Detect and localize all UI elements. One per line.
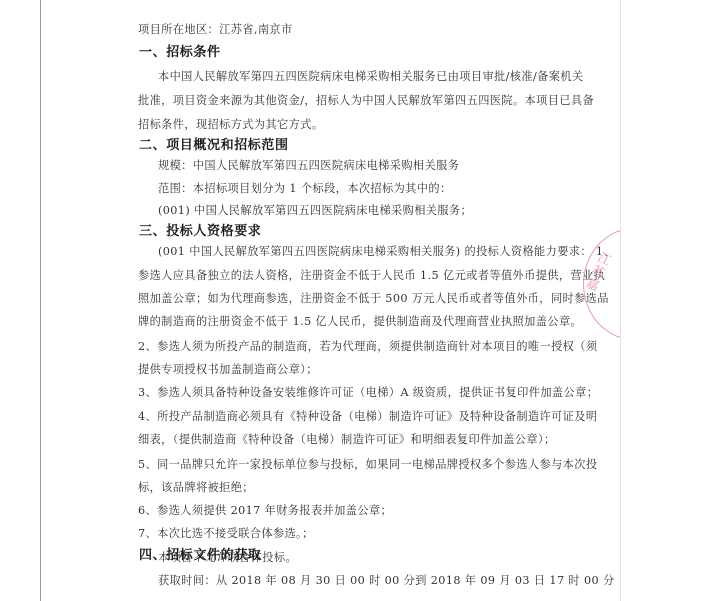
- section-3-line: 细表，（提供制造商《特种设备（电梯）制造许可证》和明细表复印件加盖公章）；: [138, 431, 556, 447]
- section-2-line: 规模：中国人民解放军第四五四医院病床电梯采购相关服务: [158, 157, 459, 173]
- section-3-line: 标，该品牌将被拒绝；: [138, 479, 254, 495]
- section-2-line: (001) 中国人民解放军第四五四医院病床电梯采购相关服务；: [158, 202, 472, 218]
- section-3-line: 7、本次比选不接受联合体参选。；: [138, 525, 314, 541]
- section-3-line: 3、参选人须具备特种设备安装维修许可证（电梯）A 级资质，提供证书复印件加盖公章…: [138, 384, 598, 400]
- section-3-line: 提供专项授权书加盖制造商公章）；: [138, 361, 318, 377]
- location-line: 项目所在地区：江苏省,南京市: [138, 21, 293, 37]
- section-1-line: 招标条件，现招标方式为其它方式。: [138, 116, 323, 132]
- section-3-line: 5、同一品牌只允许一家投标单位参与投标，如果同一电梯品牌授权多个参选人参与本次投: [138, 456, 597, 472]
- section-3-line: 2、参选人须为所投产品的制造商，若为代理商，须提供制造商针对本项目的唯一授权（须: [138, 338, 597, 354]
- section-3-line: 照加盖公章；如为代理商参选，注册资金不低于 500 万元人民币或者等值外币，同时…: [138, 290, 609, 306]
- section-4-line: 获取时间：从 2018 年 08 月 30 日 00 时 00 分到 2018 …: [158, 572, 615, 588]
- section-heading-2: 二、项目概况和招标范围: [139, 134, 289, 153]
- section-3-line: 参选人应具备独立的法人资格，注册资金不低于人民币 1.5 亿元或者等值外币提供，…: [138, 267, 605, 283]
- section-3-line: 6、参选人须提供 2017 年财务报表并加盖公章；: [138, 502, 392, 518]
- official-seal: 江苏嘉: [575, 220, 620, 345]
- section-1-line: 本中国人民解放军第四五四医院病床电梯采购相关服务已由项目审批/核准/备案机关: [158, 68, 584, 84]
- section-3-line: 4、所投产品制造商必须具有《特种设备（电梯）制造许可证》及特种设备制造许可证及明: [138, 408, 597, 424]
- section-3-line: (001 中国人民解放军第四五四医院病床电梯采购相关服务) 的投标人资格能力要求…: [158, 243, 615, 259]
- section-heading-3: 三、投标人资格要求: [139, 220, 261, 239]
- section-heading-4: 四、招标文件的获取: [139, 544, 261, 563]
- section-2-line: 范围：本招标项目划分为 1 个标段，本次招标为其中的：: [158, 180, 452, 196]
- section-3-line: 牌的制造商的注册资金不低于 1.5 亿人民币，提供制造商及代理商营业执照加盖公章…: [138, 313, 582, 329]
- section-1-line: 批准，项目资金来源为其他资金/，招标人为中国人民解放军第四五四医院。本项目已具备: [138, 92, 594, 108]
- section-heading-1: 一、招标条件: [139, 41, 221, 60]
